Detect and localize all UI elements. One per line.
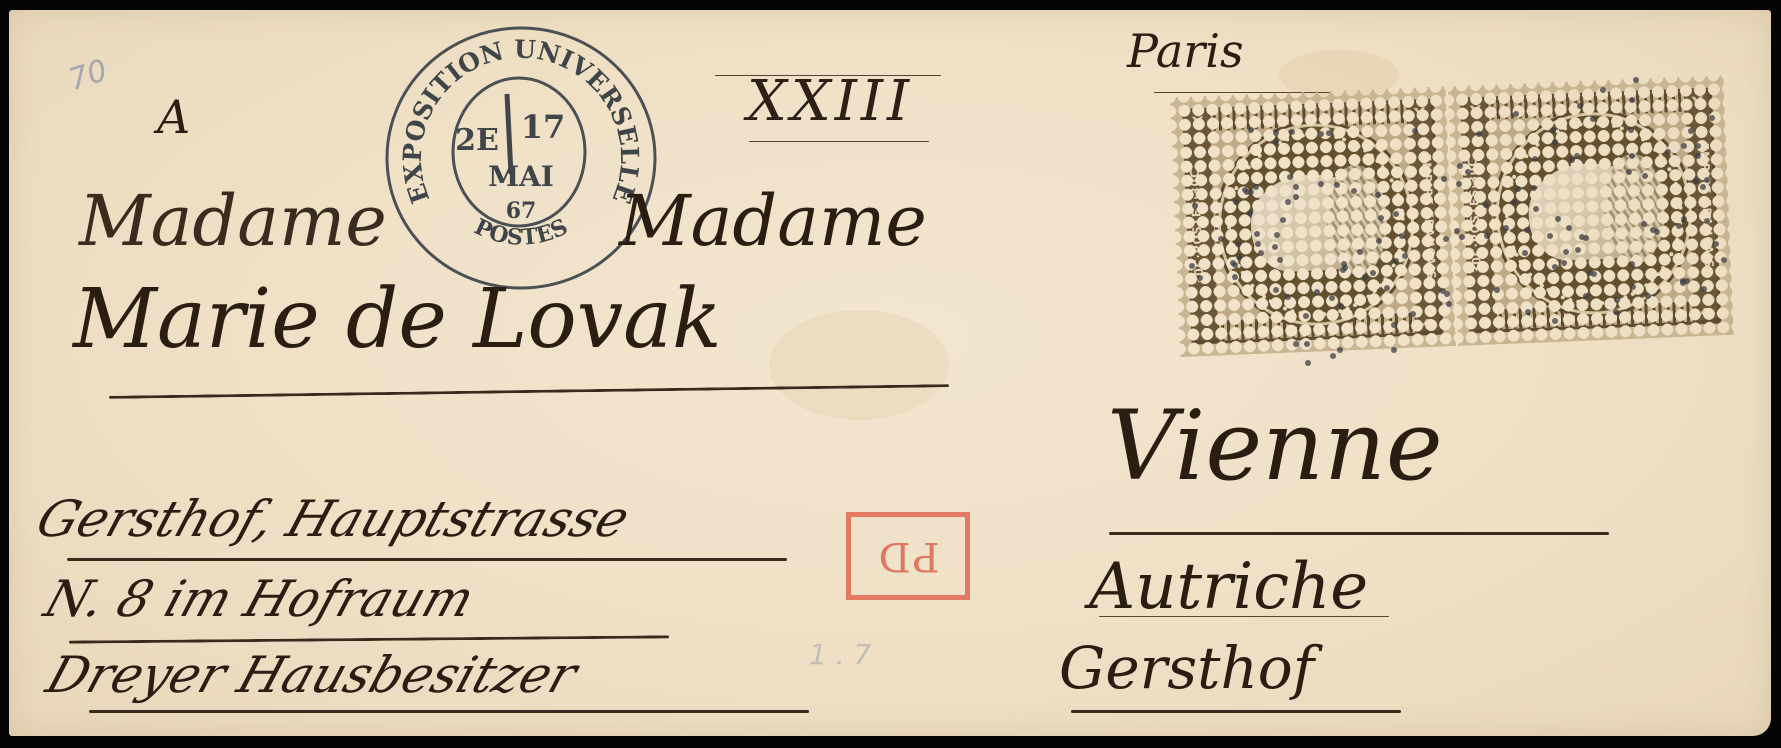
kurrent-line-1: Gersthof, Hauptstrasse (30, 490, 637, 548)
stamp-pair: X X X X 30C·POSTES·30C EMPIRE FRANCAIS X… (1170, 75, 1740, 369)
kurrent-underline-1 (67, 558, 787, 561)
address-prefix: A (157, 90, 190, 144)
postmark-month: MAI (488, 160, 554, 193)
register-number: XXIII (709, 65, 949, 145)
origin-city: Paris (1127, 24, 1244, 78)
pencil-note-faint: 1 . 7 (809, 638, 871, 671)
foxing-stain (769, 310, 949, 420)
kurrent-underline-3 (89, 710, 809, 713)
kurrent-line-2: N. 8 im Hofraum (38, 570, 482, 628)
pd-marking: PD (846, 512, 970, 600)
destination-district: Gersthof (1059, 634, 1314, 702)
destination-country: Autriche (1089, 550, 1368, 624)
postmark-collection: 2E (455, 123, 499, 158)
district-underline (1071, 710, 1401, 713)
city-underline (1109, 532, 1609, 535)
salutation-struck: Madame (79, 180, 387, 262)
kurrent-underline-2 (69, 635, 669, 643)
addressee-name: Marie de Lovak (73, 272, 722, 367)
salutation: Madame (619, 180, 927, 262)
exposition-universelle-postmark: EXPOSITION UNIVERSELLE POSTES 2E 17 MAI … (383, 22, 659, 294)
pencil-note: 70 (65, 53, 112, 98)
country-underline (1099, 616, 1389, 617)
destination-city: Vienne (1107, 390, 1443, 502)
postmark-year: 67 (506, 198, 537, 224)
kurrent-line-3: Dreyer Hausbesitzer (40, 646, 585, 704)
postmark-day: 17 (521, 108, 566, 146)
